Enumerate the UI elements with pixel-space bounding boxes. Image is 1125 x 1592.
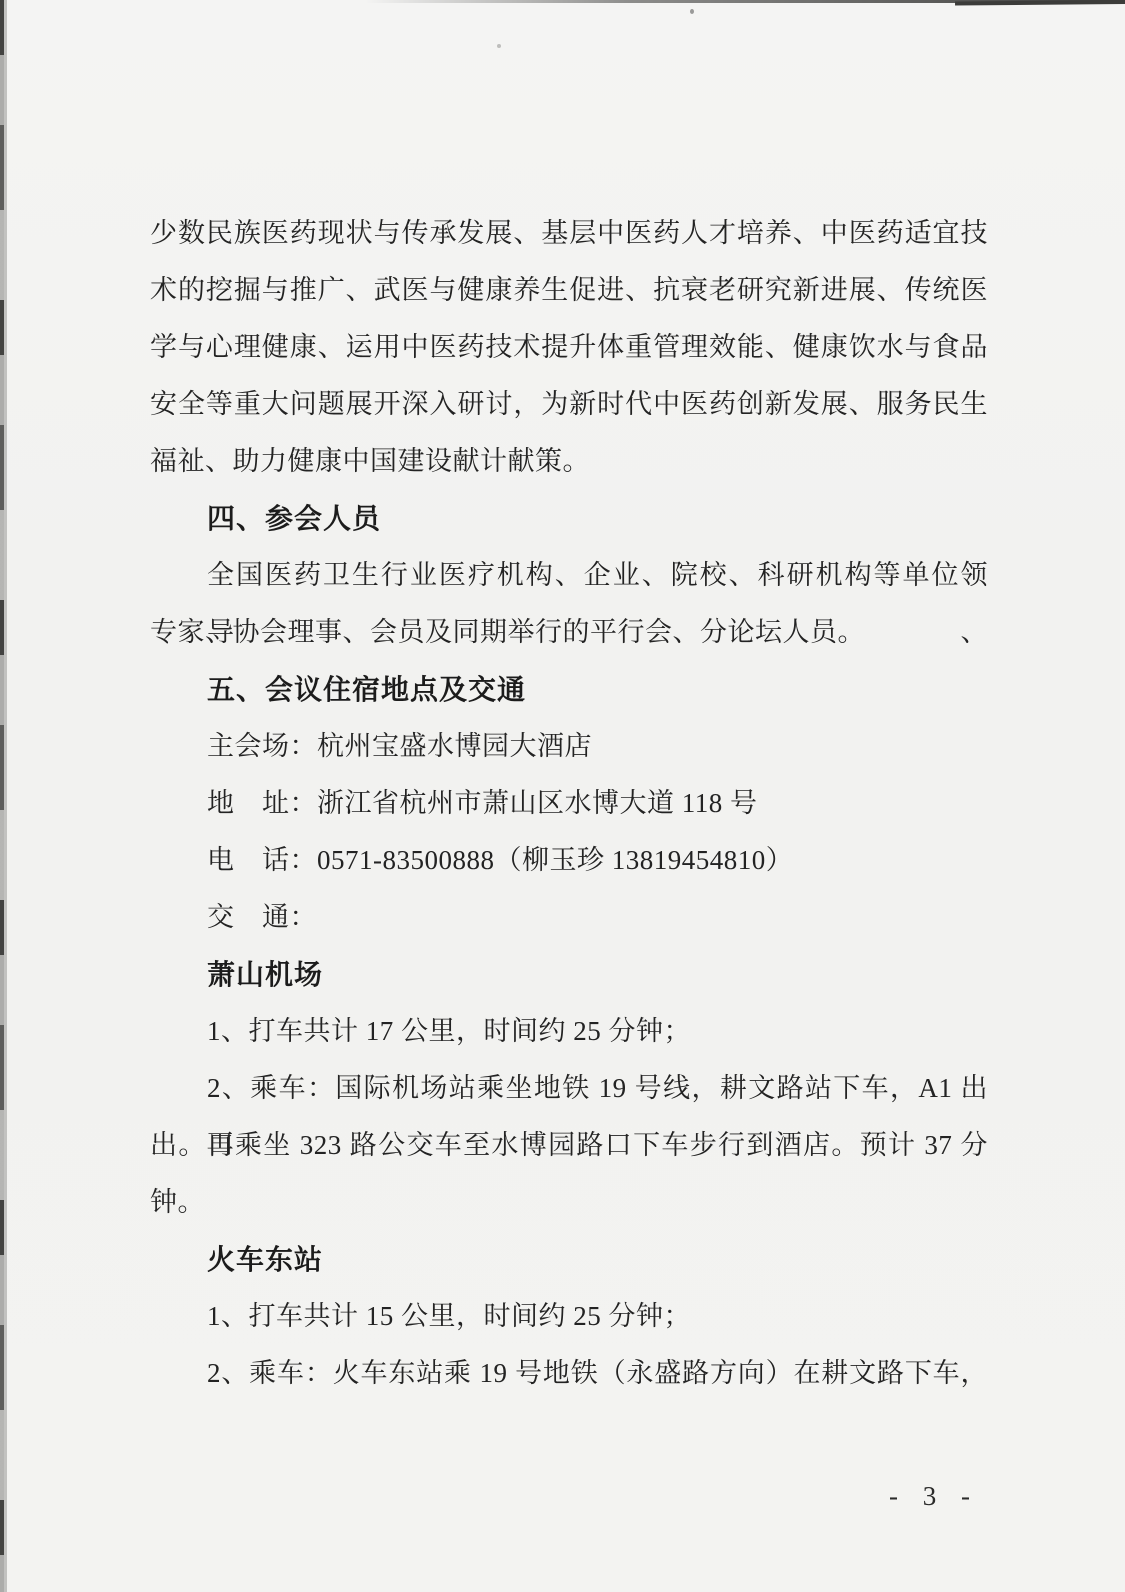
attendees-paragraph-line: 全国医药卫生行业医疗机构、企业、院校、科研机构等单位领导、 bbox=[150, 547, 988, 604]
scan-edge-left bbox=[0, 0, 7, 1592]
airport-direction-line: 1、打车共计 17 公里，时间约 25 分钟； bbox=[150, 1003, 988, 1060]
venue-line: 主会场：杭州宝盛水博园大酒店 bbox=[150, 718, 988, 775]
traffic-label-line: 交 通： bbox=[150, 889, 988, 946]
address-line: 地 址：浙江省杭州市萧山区水博大道 118 号 bbox=[150, 775, 988, 832]
intro-paragraph-line: 术的挖掘与推广、武医与健康养生促进、抗衰老研究新进展、传统医 bbox=[150, 262, 988, 319]
heading-train-east-station: 火车东站 bbox=[150, 1231, 988, 1288]
train-direction-line: 1、打车共计 15 公里，时间约 25 分钟； bbox=[150, 1288, 988, 1345]
intro-paragraph-line: 学与心理健康、运用中医药技术提升体重管理效能、健康饮水与食品 bbox=[150, 319, 988, 376]
document-body: 少数民族医药现状与传承发展、基层中医药人才培养、中医药适宜技 术的挖掘与推广、武… bbox=[150, 205, 988, 1402]
scan-edge-left-dashes bbox=[0, 0, 4, 1592]
airport-direction-line: 出。再乘坐 323 路公交车至水博园路口下车步行到酒店。预计 37 分 bbox=[150, 1117, 988, 1174]
intro-paragraph-line: 福祉、助力健康中国建设献计献策。 bbox=[150, 433, 988, 490]
scan-speck bbox=[497, 44, 501, 48]
train-direction-line: 2、乘车：火车东站乘 19 号地铁（永盛路方向）在耕文路下车， bbox=[150, 1345, 988, 1402]
phone-line: 电 话：0571-83500888（柳玉珍 13819454810） bbox=[150, 832, 988, 889]
heading-section-5-venue: 五、会议住宿地点及交通 bbox=[150, 661, 988, 718]
airport-direction-line: 2、乘车：国际机场站乘坐地铁 19 号线，耕文路站下车，A1 出口 bbox=[150, 1060, 988, 1117]
scanned-document-page: 少数民族医药现状与传承发展、基层中医药人才培养、中医药适宜技 术的挖掘与推广、武… bbox=[0, 0, 1125, 1592]
attendees-paragraph-line: 专家、协会理事、会员及同期举行的平行会、分论坛人员。 bbox=[150, 604, 988, 661]
heading-section-4-attendees: 四、参会人员 bbox=[150, 490, 988, 547]
intro-paragraph-line: 安全等重大问题展开深入研讨，为新时代中医药创新发展、服务民生 bbox=[150, 376, 988, 433]
page-number: - 3 - bbox=[889, 1468, 979, 1525]
heading-xiaoshan-airport: 萧山机场 bbox=[150, 946, 988, 1003]
scan-corner-top-right bbox=[955, 0, 1125, 5]
intro-paragraph-line: 少数民族医药现状与传承发展、基层中医药人才培养、中医药适宜技 bbox=[150, 205, 988, 262]
airport-direction-line: 钟。 bbox=[150, 1174, 988, 1231]
scan-speck bbox=[690, 9, 694, 14]
